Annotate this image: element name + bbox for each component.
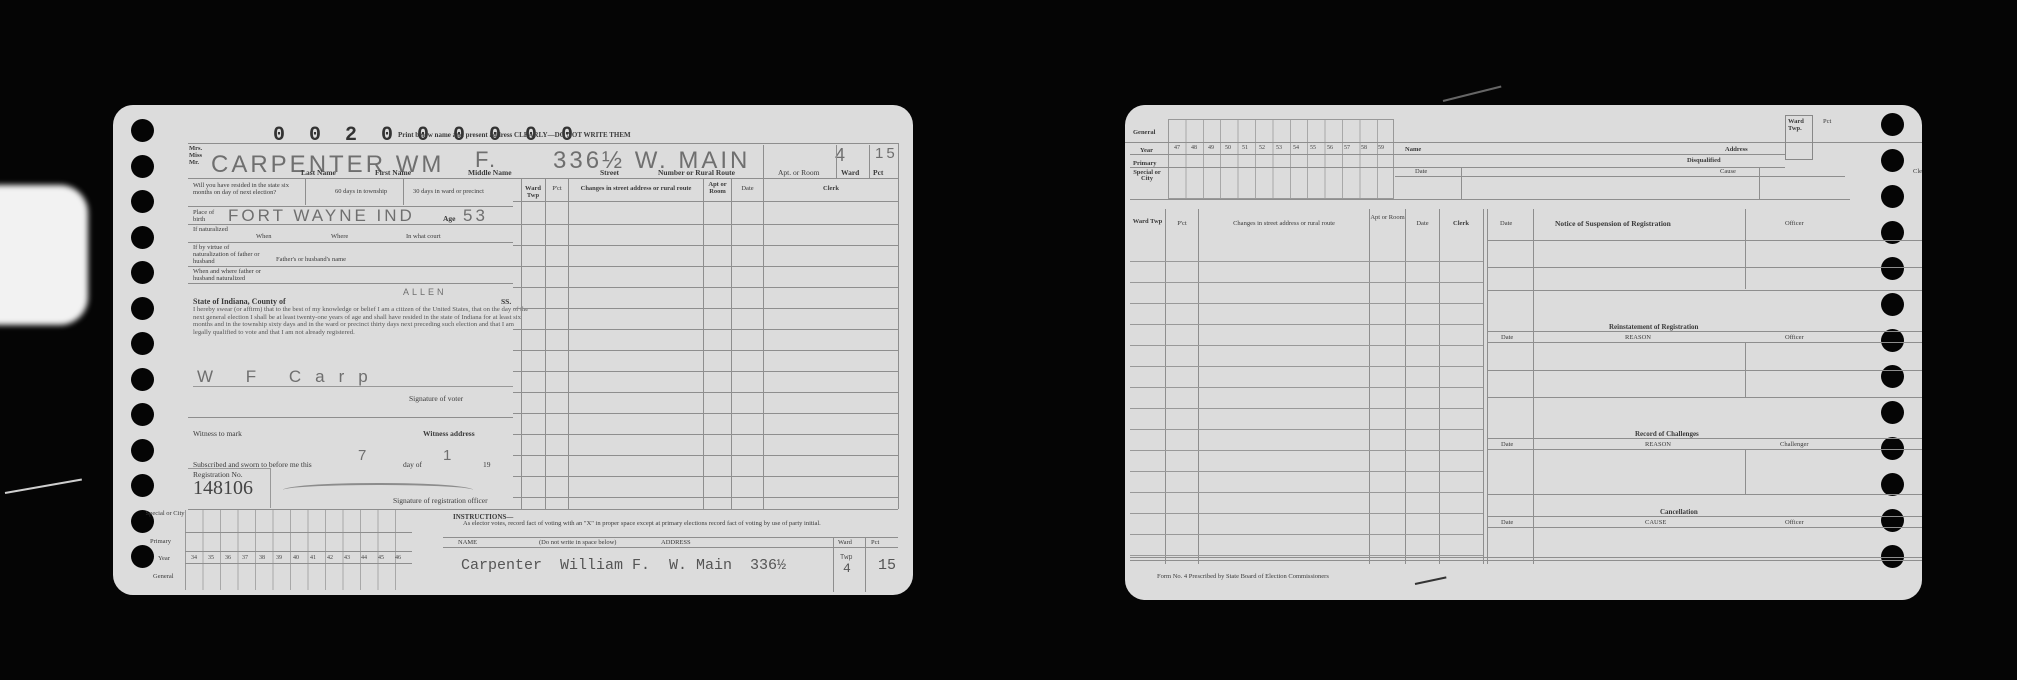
witness-address-label: Witness address xyxy=(423,430,475,438)
day-of-label: day of xyxy=(403,461,422,469)
grid-label-special: Special or City xyxy=(1131,170,1163,182)
by-virtue-label: If by virtue of naturalization of father… xyxy=(193,244,263,265)
pct-label: Pct xyxy=(873,169,883,177)
year-cell: 44 xyxy=(357,555,371,561)
form-footer: Form No. 4 Prescribed by State Board of … xyxy=(1157,573,1329,581)
punch-hole xyxy=(131,403,154,426)
challenges-date-label: Date xyxy=(1501,441,1513,448)
grid-label-year: Year xyxy=(1140,147,1153,154)
punch-hole xyxy=(131,332,154,355)
punch-hole xyxy=(1881,509,1904,532)
punch-hole xyxy=(131,119,154,142)
year-cell: 50 xyxy=(1221,145,1235,151)
grid-label-special: Special or City xyxy=(145,511,185,517)
naturalized-label: If naturalized xyxy=(193,226,235,233)
cancellation-cause-label: CAUSE xyxy=(1645,519,1666,526)
punch-hole xyxy=(1881,293,1904,316)
disqualified-cause-label: Cause xyxy=(1720,168,1736,175)
film-glare xyxy=(0,185,88,325)
county-value: ALLEN xyxy=(403,287,447,297)
challenges-challenger-label: Challenger xyxy=(1780,441,1809,448)
year-cell: 36 xyxy=(221,555,235,561)
disqualified-label: Disqualified xyxy=(1687,157,1721,164)
ss-label: SS. xyxy=(501,298,511,306)
year-cell: 38 xyxy=(255,555,269,561)
year-cell: 39 xyxy=(272,555,286,561)
film-scratch xyxy=(1443,86,1502,102)
naturalized-court-label: In what court xyxy=(406,233,441,240)
film-scratch xyxy=(5,478,82,494)
punch-hole xyxy=(1881,257,1904,280)
year-cell: 45 xyxy=(374,555,388,561)
place-of-birth-value: FORT WAYNE IND xyxy=(228,206,415,226)
oath-text: I hereby swear (or affirm) that to the b… xyxy=(193,306,533,336)
year-cell: 58 xyxy=(1357,145,1371,151)
year-cell: 34 xyxy=(187,555,201,561)
grid-label-general: General xyxy=(153,573,174,580)
punch-hole xyxy=(1881,329,1904,352)
year-cell: 59 xyxy=(1374,145,1388,151)
age-label: Age xyxy=(443,215,456,223)
suspension-date-label: Date xyxy=(1500,220,1512,227)
changes-header-date: Date xyxy=(1406,220,1439,227)
state-county-label: State of Indiana, County of xyxy=(193,298,286,306)
grid-label-general: General xyxy=(1133,129,1155,136)
disqualified-clerk-label: Clerk xyxy=(1913,168,1922,175)
punch-hole xyxy=(1881,365,1904,388)
cancellation-officer-label: Officer xyxy=(1785,519,1804,526)
grid-label-primary: Primary xyxy=(150,538,171,545)
suspension-title: Notice of Suspension of Registration xyxy=(1555,220,1671,228)
last-name-label: Last Name xyxy=(301,169,336,177)
year-cell: 48 xyxy=(1187,145,1201,151)
officer-signature xyxy=(283,483,473,497)
changes-header-pct: P'ct xyxy=(1166,220,1198,227)
typed-voter-name: Carpenter William F. xyxy=(461,557,650,574)
suspension-officer-label: Officer xyxy=(1785,220,1804,227)
bottom-do-not-write: (Do not write in space below) xyxy=(539,539,616,546)
grid-label-year: Year xyxy=(158,555,170,562)
punch-hole xyxy=(1881,185,1904,208)
father-name-label: Father's or husband's name xyxy=(276,256,346,263)
punch-hole xyxy=(131,226,154,249)
changes-rows xyxy=(1130,241,1483,557)
year-cell: 53 xyxy=(1272,145,1286,151)
street-label: Street xyxy=(600,169,619,177)
residence-state-question: Will you have resided in the state six m… xyxy=(193,182,293,196)
place-of-birth-label: Place of birth xyxy=(193,209,223,223)
voting-record-grid xyxy=(1168,119,1394,199)
year-cell: 55 xyxy=(1306,145,1320,151)
residence-township-question: 60 days in township xyxy=(335,188,395,195)
changes-header-apt: Apt or Room xyxy=(1370,214,1405,221)
changes-header-date: Date xyxy=(732,185,763,192)
year-cell: 37 xyxy=(238,555,252,561)
year-cell: 47 xyxy=(1170,145,1184,151)
year-prefix: 19 xyxy=(483,461,491,469)
punch-hole xyxy=(131,155,154,178)
naturalized-where-label: Where xyxy=(331,233,348,240)
grid-label-primary: Primary xyxy=(1133,160,1156,167)
punch-hole xyxy=(1881,473,1904,496)
reinstatement-title: Reinstatement of Registration xyxy=(1609,323,1698,331)
typed-ward: 4 xyxy=(843,561,851,576)
year-cell: 54 xyxy=(1289,145,1303,151)
naturalized-when-label: When xyxy=(256,233,272,240)
challenges-title: Record of Challenges xyxy=(1635,430,1699,438)
reinstatement-reason-label: REASON xyxy=(1625,334,1651,341)
challenges-reason-label: REASON xyxy=(1645,441,1671,448)
punch-holes xyxy=(1881,113,1904,568)
name-label: Name xyxy=(1405,146,1421,153)
instructions-text: As elector votes, record fact of voting … xyxy=(463,520,883,527)
changes-header-apt: Apt or Room xyxy=(704,181,731,195)
subscribed-month: 1 xyxy=(443,447,454,464)
header-instruction: Print below name and present address CLE… xyxy=(398,131,631,139)
punch-hole xyxy=(131,474,154,497)
witness-mark-label: Witness to mark xyxy=(193,430,242,438)
changes-header-ward: Ward Twp xyxy=(522,185,544,199)
subscribed-day: 7 xyxy=(358,447,369,464)
cancellation-date-label: Date xyxy=(1501,519,1513,526)
pct-label: Pct xyxy=(1823,118,1831,125)
punch-holes xyxy=(131,119,154,568)
bottom-address-label: ADDRESS xyxy=(661,539,691,546)
year-cell: 52 xyxy=(1255,145,1269,151)
changes-header-address: Changes in street address or rural route xyxy=(569,185,703,192)
punch-hole xyxy=(131,545,154,568)
voting-record-grid xyxy=(185,510,412,590)
number-route-label: Number or Rural Route xyxy=(658,169,735,177)
changes-header-address: Changes in street address or rural route xyxy=(1199,220,1369,227)
registration-number-value: 148106 xyxy=(193,477,253,500)
reinstatement-officer-label: Officer xyxy=(1785,334,1804,341)
signature-officer-label: Signature of registration officer xyxy=(393,497,488,505)
year-cell: 43 xyxy=(340,555,354,561)
precinct-handwritten: 15 xyxy=(875,145,898,162)
year-cell: 42 xyxy=(323,555,337,561)
punch-hole xyxy=(131,368,154,391)
year-cell: 40 xyxy=(289,555,303,561)
ward-label: Ward xyxy=(841,169,859,177)
voter-signature: W F Carp xyxy=(197,367,382,387)
reinstatement-date-label: Date xyxy=(1501,334,1513,341)
signature-voter-label: Signature of voter xyxy=(409,395,463,403)
bottom-ward-label: Ward xyxy=(838,539,852,546)
year-cell: 41 xyxy=(306,555,320,561)
age-value: 53 xyxy=(463,206,488,226)
punch-hole xyxy=(131,261,154,284)
year-cell: 35 xyxy=(204,555,218,561)
first-name-label: First Name xyxy=(375,169,411,177)
bottom-name-label: NAME xyxy=(458,539,477,546)
film-scratch xyxy=(1415,576,1447,585)
when-where-label: When and where father or husband natural… xyxy=(193,268,273,282)
punch-hole xyxy=(131,439,154,462)
punch-hole xyxy=(131,190,154,213)
changes-header-clerk: Clerk xyxy=(764,185,898,192)
address-label: Address xyxy=(1725,146,1748,153)
punch-hole xyxy=(1881,401,1904,424)
apt-room-label: Apt. or Room xyxy=(778,169,819,177)
typed-pct: 15 xyxy=(878,557,896,574)
registration-card-front: 0 0 2 0 0 0 0 0 0 Print below name and p… xyxy=(113,105,913,595)
punch-hole xyxy=(1881,149,1904,172)
ward-twp-label: Ward Twp. xyxy=(1788,118,1810,132)
registration-card-back: General Year Primary Special or City 47 … xyxy=(1125,105,1922,600)
salutation-labels: Mrs.MissMr. xyxy=(189,145,202,166)
punch-hole xyxy=(131,297,154,320)
disqualified-date-label: Date xyxy=(1415,168,1427,175)
year-cell: 51 xyxy=(1238,145,1252,151)
cancellation-title: Cancellation xyxy=(1660,508,1698,516)
typed-address: W. Main 336½ xyxy=(669,557,786,574)
residence-ward-question: 30 days in ward or precinct xyxy=(413,188,488,195)
middle-name-label: Middle Name xyxy=(468,169,512,177)
year-cell: 56 xyxy=(1323,145,1337,151)
changes-header-pct: P'ct xyxy=(546,185,568,192)
year-cell: 46 xyxy=(391,555,405,561)
changes-header-clerk: Clerk xyxy=(1440,220,1482,227)
year-cell: 57 xyxy=(1340,145,1354,151)
punch-hole xyxy=(1881,113,1904,136)
changes-header-ward: Ward Twp xyxy=(1130,218,1165,225)
bottom-pct-label: Pct xyxy=(871,539,879,546)
year-cell: 49 xyxy=(1204,145,1218,151)
